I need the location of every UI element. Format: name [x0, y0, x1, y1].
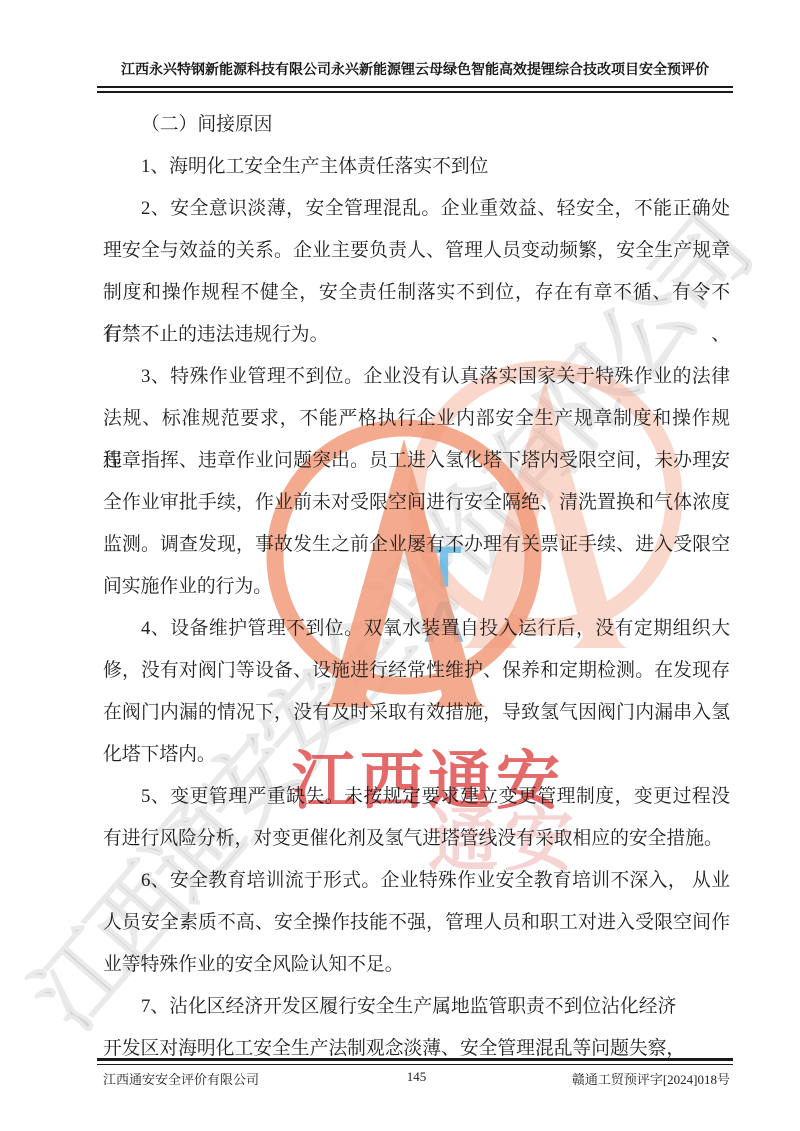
page-content: 江西永兴特钢新能源科技有限公司永兴新能源锂云母绿色智能高效提锂综合技改项目安全预… [0, 0, 800, 1131]
footer-company-name: 江西通安安全评价有限公司 [103, 1069, 377, 1088]
body-line: 监测。调查发现，事故发生之前企业屡有不办理有关票证手续、进入受限空 [103, 524, 730, 566]
body-line: 化塔下塔内。 [103, 734, 730, 776]
body-line: 修，没有对阀门等设备、设施进行经常性维护、保养和定期检测。在发现存 [103, 650, 730, 692]
body-line: 违章指挥、违章作业问题突出。员工进入氢化塔下塔内受限空间，未办理安 [103, 440, 730, 482]
body-line: 理安全与效益的关系。企业主要负责人、管理人员变动频繁，安全生产规章 [103, 230, 730, 272]
footer-rule-thick [97, 1058, 733, 1061]
body-line: 全作业审批手续，作业前未对受限空间进行安全隔绝、清洗置换和气体浓度 [103, 482, 730, 524]
body-line: 7、沾化区经济开发区履行安全生产属地监管职责不到位沾化经济 [103, 986, 730, 1028]
body-line: 5、变更管理严重缺失。未按规定要求建立变更管理制度，变更过程没 [103, 776, 730, 818]
header-rule-thin [97, 91, 733, 93]
body-line: 人员安全素质不高、安全操作技能不强，管理人员和职工对进入受限空间作 [103, 902, 730, 944]
body-line: 制度和操作规程不健全，安全责任制落实不到位，存在有章不循、有令不行、 [103, 272, 730, 314]
body-line: 1、海明化工安全生产主体责任落实不到位 [103, 146, 730, 188]
header-rule-thick [97, 86, 733, 88]
body-line: 间实施作业的行为。 [103, 566, 730, 608]
body-line: 业等特殊作业的安全风险认知不足。 [103, 944, 730, 986]
body-line: 2、安全意识淡薄，安全管理混乱。企业重效益、轻安全，不能正确处 [103, 188, 730, 230]
page-footer: 江西通安安全评价有限公司 145 赣通工贸预评字[2024]018号 [103, 1069, 730, 1088]
body-line: （二）间接原因 [103, 104, 730, 146]
body-line: 在阀门内漏的情况下，没有及时采取有效措施，导致氢气因阀门内漏串入氢 [103, 692, 730, 734]
page-header-title: 江西永兴特钢新能源科技有限公司永兴新能源锂云母绿色智能高效提锂综合技改项目安全预… [95, 59, 735, 79]
body-line: 有进行风险分析，对变更催化剂及氢气进塔管线没有采取相应的安全措施。 [103, 818, 730, 860]
body-line: 6、安全教育培训流于形式。企业特殊作业安全教育培训不深入， 从业 [103, 860, 730, 902]
body-line: 3、特殊作业管理不到位。企业没有认真落实国家关于特殊作业的法律 [103, 356, 730, 398]
footer-page-number: 145 [377, 1069, 457, 1085]
footer-document-number: 赣通工贸预评字[2024]018号 [457, 1069, 731, 1088]
body-line: 4、设备维护管理不到位。双氧水装置自投入运行后，没有定期组织大 [103, 608, 730, 650]
document-page: 江西通安安全评价有限公司 TA 江西通安 通安 江西永兴特钢新能源科技有限公司永… [0, 0, 800, 1131]
body-line: 法规、标准规范要求，不能严格执行企业内部安全生产规章制度和操作规程， [103, 398, 730, 440]
body-text: （二）间接原因1、海明化工安全生产主体责任落实不到位2、安全意识淡薄，安全管理混… [103, 104, 730, 1070]
footer-rule-thin [97, 1064, 733, 1065]
